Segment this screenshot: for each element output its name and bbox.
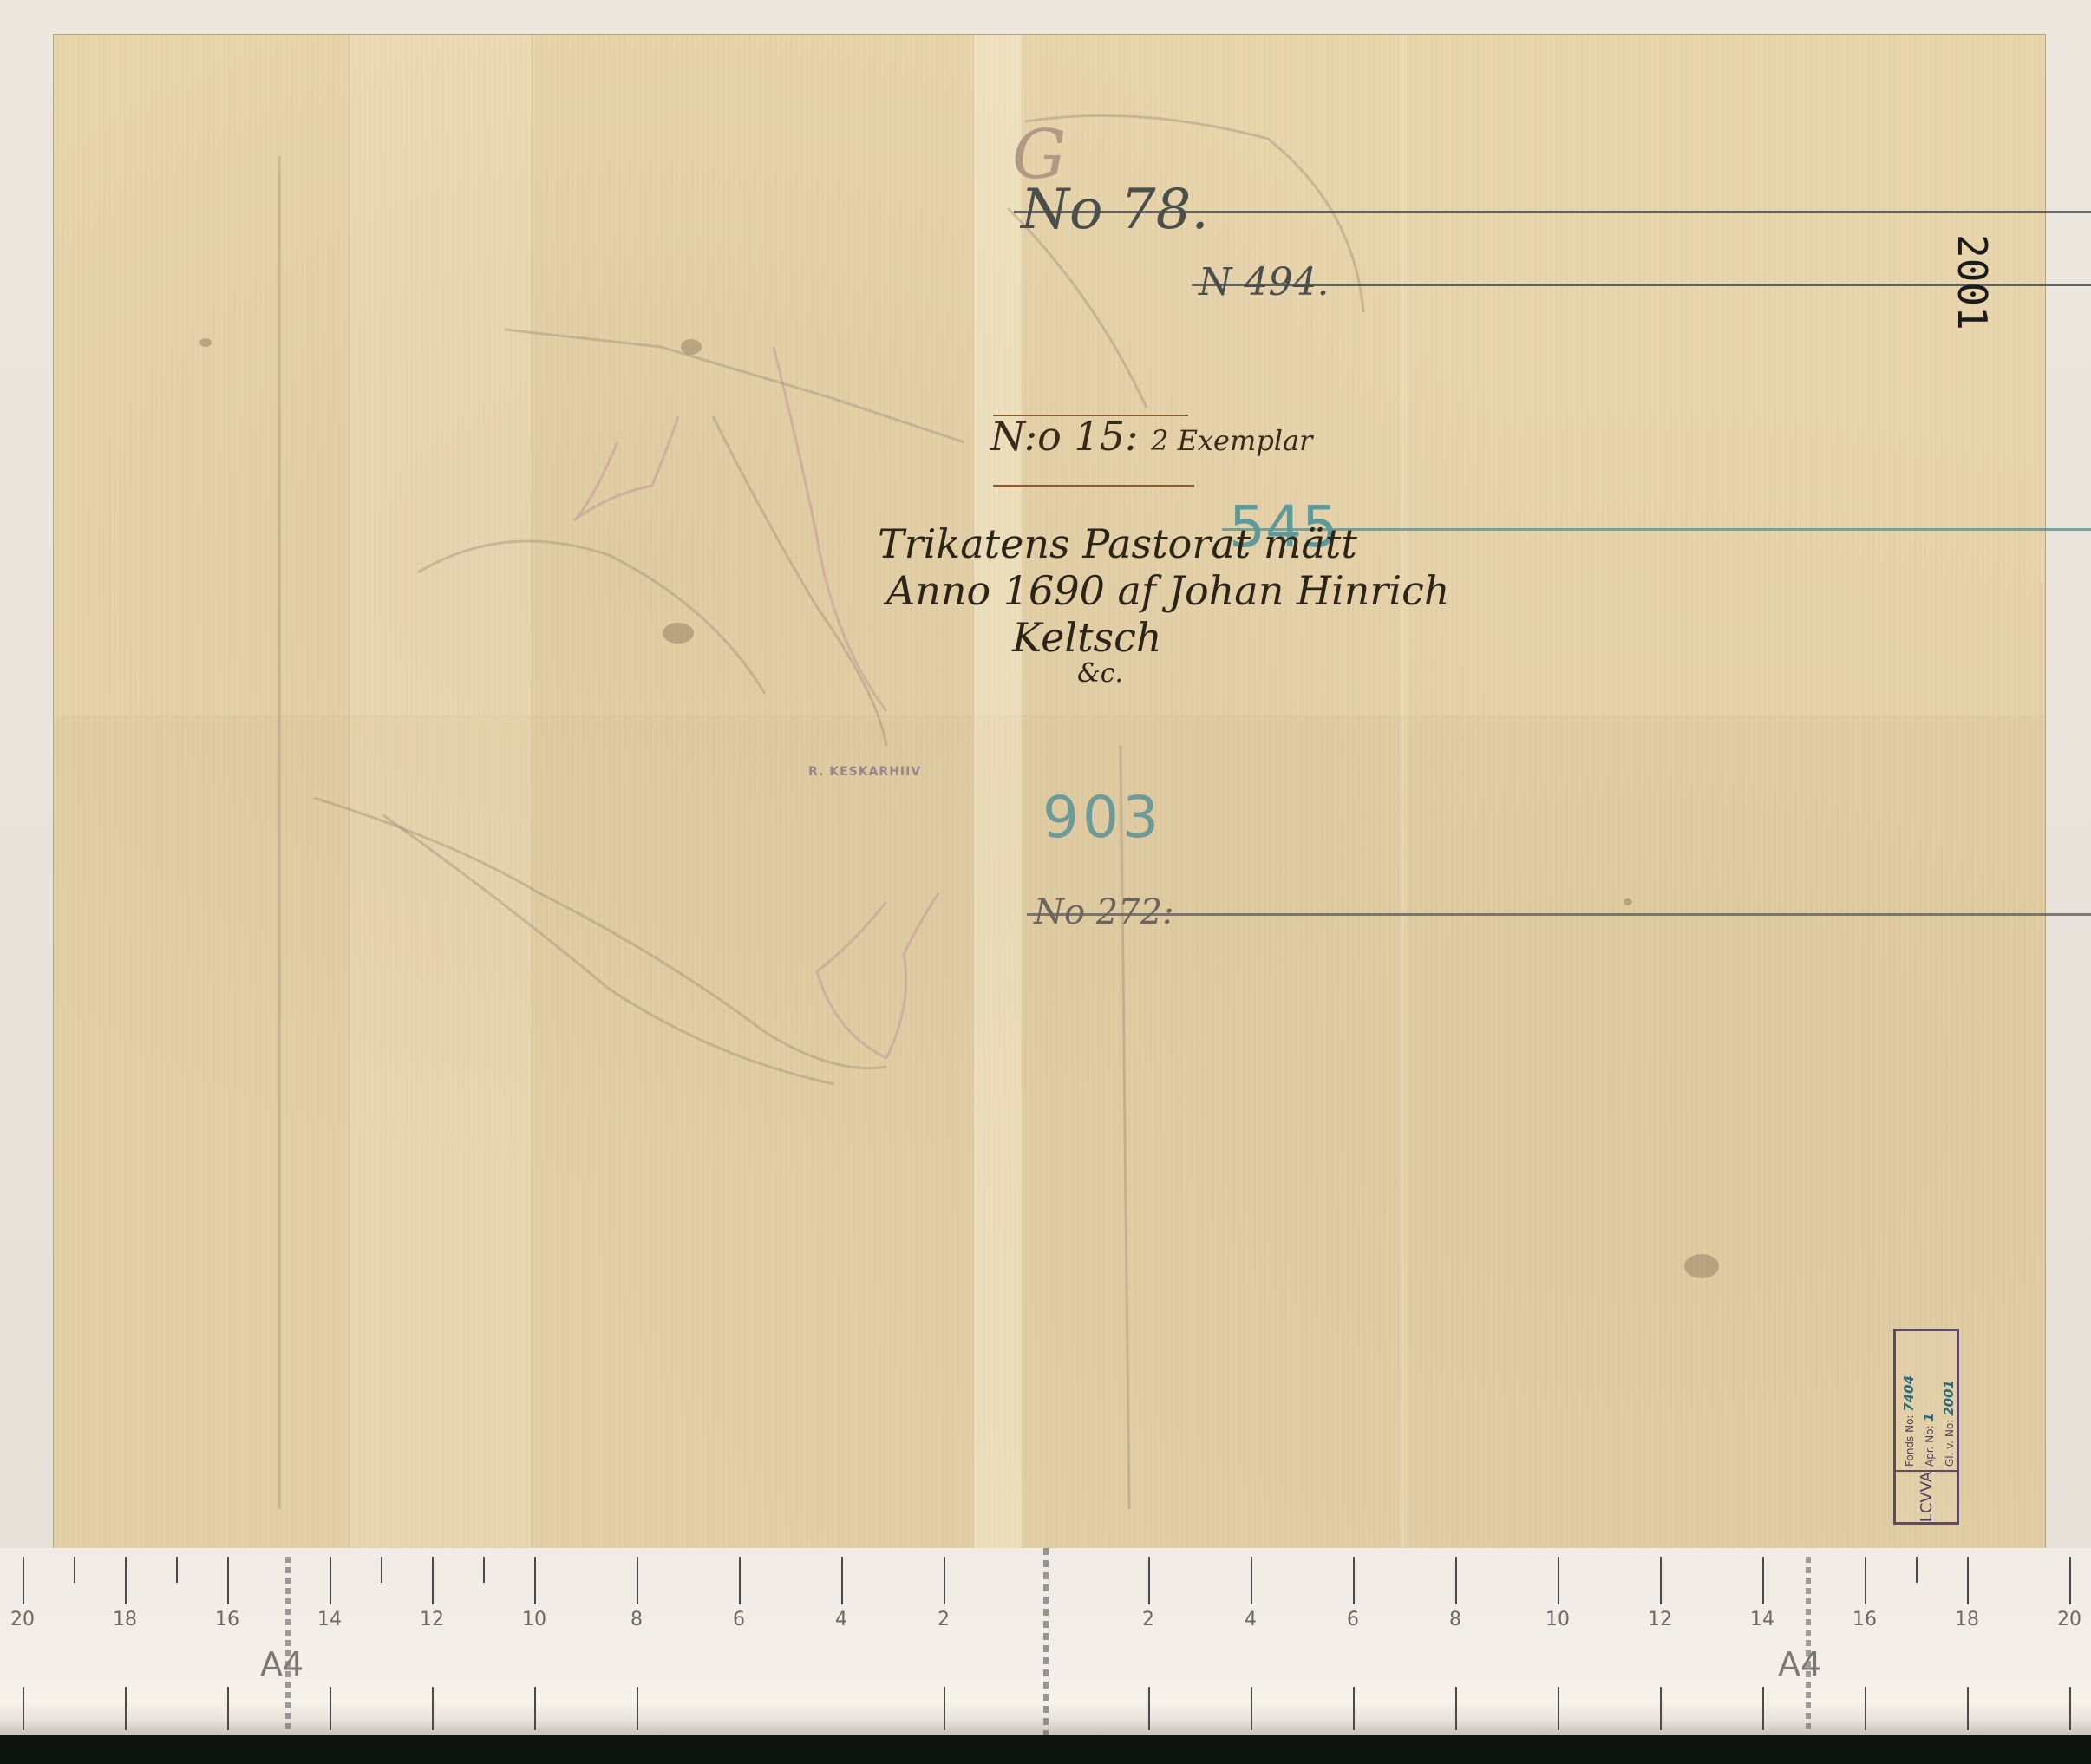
ruler-label: 16 [206,1609,249,1630]
map-sheet: G No 78. N 494. 2001 N:o 15: 2 Exemplar … [54,35,2045,1548]
ruler-tick [1353,1557,1355,1604]
ruler-tick [637,1687,638,1730]
ruler-label: 20 [1,1609,44,1630]
ruler-tick [1967,1687,1969,1730]
ruler-tick [944,1557,945,1604]
ruler-label: 12 [1638,1609,1682,1630]
stamp-title: LCVVA [1896,1470,1957,1522]
lcvva-archive-stamp: LCVVA Fonds No: 7404 Apr. No: 1 Gl. v. N… [1893,1329,1959,1525]
ruler-label: 8 [615,1609,658,1630]
ruler-label: 10 [1536,1609,1579,1630]
ruler-a4-label-left: A4 [260,1645,304,1683]
ruler-tick [1762,1687,1764,1730]
fonds-value: 7404 [1901,1375,1917,1412]
old-number-crossed: No 272: [1034,895,2091,930]
ruler-tick [1148,1687,1150,1730]
ruler-tick [23,1557,24,1604]
number-15-label: N:o 15: 2 Exemplar [990,416,1312,456]
ruler-label: 4 [820,1609,863,1630]
ruler-tick [176,1557,178,1583]
ruler-tick [534,1557,536,1604]
ruler-label: 2 [1127,1609,1170,1630]
inscription-line-4: &c. [878,661,1450,687]
ruler-tick [2069,1557,2071,1604]
gl-label: Gl. v. No: [1944,1420,1956,1467]
number-78-crossed: No 78. [1021,182,2091,238]
title-inscription: Trikatens Pastorat mätt Anno 1690 af Joh… [878,520,1450,687]
underline-bottom [993,485,1194,487]
ruler-label: 18 [1945,1609,1989,1630]
scanner-edge [0,1735,2091,1764]
fonds-label: Fonds No: [1904,1415,1916,1467]
gl-value: 2001 [1941,1380,1957,1416]
ruler-tick [637,1557,638,1604]
ruler-tick [1148,1557,1150,1604]
ruler-tick [330,1687,331,1730]
ruler-tick [381,1557,382,1583]
a4-edge-mark-right [1806,1557,1811,1730]
ruler-tick [1353,1687,1355,1730]
ruler-label: 6 [717,1609,761,1630]
a4-edge-mark-left [285,1557,291,1730]
ruler-label: 14 [1741,1609,1784,1630]
ruler-tick [74,1557,75,1583]
ruler-label: 20 [2048,1609,2091,1630]
ruler-tick [1762,1557,1764,1604]
ruler-tick [330,1557,331,1604]
ruler-label: 12 [410,1609,454,1630]
stamp-fields: Fonds No: 7404 Apr. No: 1 Gl. v. No: 200… [1899,1375,1959,1467]
ruler-label: 18 [103,1609,147,1630]
ruler-tick [432,1687,434,1730]
apr-value: 1 [1921,1413,1937,1421]
ruler-tick [944,1687,945,1730]
inscription-line-2: Anno 1690 af Johan Hinrich [878,567,1450,614]
ruler-tick [1916,1557,1918,1583]
ruler-tick [227,1557,229,1604]
ruler-tick [1865,1557,1866,1604]
ruler-label: 8 [1434,1609,1477,1630]
ruler-label: 16 [1843,1609,1886,1630]
ruler-tick [125,1557,127,1604]
ruler-label: 4 [1229,1609,1272,1630]
inscription-line-1: Trikatens Pastorat mätt [878,520,1450,567]
ruler-tick [1251,1557,1252,1604]
shelf-number-2001: 2001 [1952,234,1992,330]
ruler-tick [227,1687,229,1730]
ruler-tick [1660,1687,1662,1730]
number-15: N:o 15: [990,413,1138,460]
ruler-tick [1558,1687,1559,1730]
ruler-tick [1865,1687,1866,1730]
ruler-tick [125,1687,127,1730]
ruler-center-mark [1043,1548,1049,1735]
ruler-a4-label-right: A4 [1778,1645,1821,1683]
ruler-tick [534,1687,536,1730]
ruler-label: 6 [1331,1609,1375,1630]
ruler-tick [1455,1557,1457,1604]
ruler-tick [1967,1557,1969,1604]
ruler-tick [1455,1687,1457,1730]
apr-label: Apr. No: [1924,1425,1936,1467]
ruler-tick [1251,1687,1252,1730]
ruler-tick [23,1687,24,1730]
number-903: 903 [1042,789,1162,846]
ruler-tick [432,1557,434,1604]
ruler-label: 10 [513,1609,556,1630]
ruler-tick [841,1557,843,1604]
copy-count: 2 Exemplar [1151,424,1312,457]
ruler-tick [483,1557,485,1583]
ruler-tick [2069,1687,2071,1730]
measurement-ruler: 20 18 16 14 12 10 8 6 4 2 2 4 6 8 10 12 … [0,1548,2091,1735]
inscription-line-3: Keltsch [878,614,1450,661]
ruler-tick [1660,1557,1662,1604]
ruler-tick [739,1557,741,1604]
ruler-label: 14 [308,1609,351,1630]
archive-stamp-text: R. KESKARHIIV [808,766,921,778]
ruler-tick [1558,1557,1559,1604]
ruler-label: 2 [922,1609,965,1630]
